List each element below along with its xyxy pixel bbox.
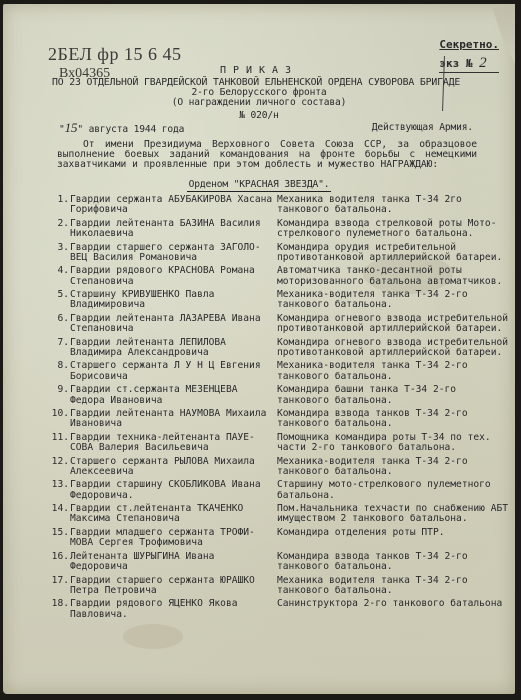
recipient-role: Командира башни танка Т-34 2-го танковог…: [276, 385, 513, 406]
recipient-row: 5.Старшину КРИВУШЕНКО Павла Владимирович…: [51, 290, 516, 311]
recipient-role: Механика водителя танка Т-34 2-го танков…: [276, 576, 513, 597]
order-preamble: От имени Президиума Верховного Совета Со…: [57, 140, 477, 171]
document-page: 2БЕЛ фр 15 6 45 Вх04365 Секретно. экз № …: [3, 4, 515, 694]
recipient-name: Гвардии старшего сержанта ЮРАШКО Петра П…: [70, 576, 276, 597]
recipient-number: 1.: [51, 195, 70, 216]
recipient-name: Гвардии лейтенанта ЛЕПИЛОВА Владимира Ал…: [70, 338, 276, 359]
order-subject: (О награждении личного состава): [3, 98, 515, 109]
recipient-row: 3.Гвардии старшего сержанта ЗАГОЛО-ВЕЦ В…: [51, 243, 516, 264]
classification-label: Секретно.: [439, 38, 499, 51]
recipient-row: 13.Гвардии старшину СКОБЛИКОВА Ивана Фед…: [51, 480, 516, 501]
recipient-number: 11.: [51, 433, 70, 454]
recipient-role: Командира отделения роты ПТР.: [276, 528, 513, 549]
recipient-row: 8.Старшего сержанта Л У Н Ц Евгения Бори…: [51, 361, 516, 382]
recipient-role: Механика-водителя танка Т-34 2-го танков…: [276, 457, 513, 478]
recipient-number: 5.: [51, 290, 70, 311]
recipient-name: Гвардии младшего сержанта ТРОФИ-МОВА Сер…: [70, 528, 276, 549]
recipient-role: Автоматчика танко-десантной роты моториз…: [276, 266, 513, 287]
order-title: ПРИКАЗ: [3, 66, 515, 77]
recipient-number: 2.: [51, 219, 70, 240]
recipient-role: Командира огневого взвода истребительной…: [276, 338, 513, 359]
recipients-list: 1.Гвардии сержанта АБУБАКИРОВА Хасана Го…: [51, 195, 516, 623]
recipient-row: 16.Лейтенанта ШУРЫГИНА Ивана ФедоровичаК…: [51, 552, 516, 573]
recipient-role: Пом.Начальника техчасти по снабжению АБТ…: [276, 504, 513, 525]
recipient-number: 10.: [51, 409, 70, 430]
recipient-row: 14.Гвардии ст.лейтенанта ТКАЧЕНКО Максим…: [51, 504, 516, 525]
order-date: "15" августа 1944 года: [59, 123, 184, 136]
recipient-role: Механика-водителя танка Т-34 2-го танков…: [276, 290, 513, 311]
recipient-row: 9.Гвардии ст.сержанта МЕЗЕНЦЕВА Федора И…: [51, 385, 516, 406]
recipient-name: Лейтенанта ШУРЫГИНА Ивана Федоровича: [70, 552, 276, 573]
recipient-name: Старшего сержанта РЫЛОВА Михаила Алексее…: [70, 457, 276, 478]
order-date-rest: августа 1944 года: [89, 124, 185, 135]
recipient-number: 6.: [51, 314, 70, 335]
recipient-number: 13.: [51, 480, 70, 501]
recipient-number: 15.: [51, 528, 70, 549]
recipient-name: Гвардии ст.лейтенанта ТКАЧЕНКО Максима С…: [70, 504, 276, 525]
recipient-role: Механика-водителя танка Т-34 2-го танков…: [276, 361, 513, 382]
recipient-row: 2.Гвардии лейтенанта БАЗИНА Василия Нико…: [51, 219, 516, 240]
recipient-role: Помощника командира роты Т-34 по тех. ча…: [276, 433, 513, 454]
recipient-name: Гвардии рядового ЯЦЕНКО Якова Павловича.: [70, 599, 276, 620]
recipient-name: Гвардии рядового КРАСНОВА Романа Степано…: [70, 266, 276, 287]
recipient-number: 12.: [51, 457, 70, 478]
recipient-row: 6.Гвардии лейтенанта ЛАЗАРЕВА Ивана Степ…: [51, 314, 516, 335]
recipient-row: 15.Гвардии младшего сержанта ТРОФИ-МОВА …: [51, 528, 516, 549]
recipient-number: 8.: [51, 361, 70, 382]
recipient-role: Старшину мото-стрелкового пулеметного ба…: [276, 480, 513, 501]
recipient-name: Гвардии сержанта АБУБАКИРОВА Хасана Гори…: [70, 195, 276, 216]
recipient-role: Командира взвода танков Т-34 2-го танков…: [276, 409, 513, 430]
paper-stain: [123, 624, 183, 649]
recipient-row: 7.Гвардии лейтенанта ЛЕПИЛОВА Владимира …: [51, 338, 516, 359]
recipient-number: 4.: [51, 266, 70, 287]
recipient-role: Командира огневого взвода истребительной…: [276, 314, 513, 335]
recipient-row: 12.Старшего сержанта РЫЛОВА Михаила Алек…: [51, 457, 516, 478]
recipient-name: Гвардии лейтенанта НАУМОВА Михаила Ивано…: [70, 409, 276, 430]
recipient-role: Командира взвода стрелковой роты Мото-ст…: [276, 219, 513, 240]
recipient-role: Командира орудия истребительной противот…: [276, 243, 513, 264]
archive-stamp-line1: 2БЕЛ фр 15 6 45: [48, 44, 181, 65]
recipient-name: Гвардии старшину СКОБЛИКОВА Ивана Федоро…: [70, 480, 276, 501]
recipient-row: 10.Гвардии лейтенанта НАУМОВА Михаила Ив…: [51, 409, 516, 430]
recipient-number: 3.: [51, 243, 70, 264]
order-location: Действующая Армия.: [372, 123, 473, 134]
recipient-row: 11.Гвардии техника-лейтенанта ПАУЕ-СОВА …: [51, 433, 516, 454]
recipient-name: Гвардии старшего сержанта ЗАГОЛО-ВЕЦ Вас…: [70, 243, 276, 264]
recipient-number: 14.: [51, 504, 70, 525]
recipient-name: Гвардии техника-лейтенанта ПАУЕ-СОВА Вал…: [70, 433, 276, 454]
recipient-row: 17.Гвардии старшего сержанта ЮРАШКО Петр…: [51, 576, 516, 597]
recipient-role: Командира взвода танков Т-34 2-го танков…: [276, 552, 513, 573]
recipient-number: 7.: [51, 338, 70, 359]
recipient-number: 17.: [51, 576, 70, 597]
recipient-name: Гвардии ст.сержанта МЕЗЕНЦЕВА Федора Ива…: [70, 385, 276, 406]
recipient-row: 18.Гвардии рядового ЯЦЕНКО Якова Павлови…: [51, 599, 516, 620]
recipient-row: 1.Гвардии сержанта АБУБАКИРОВА Хасана Го…: [51, 195, 516, 216]
recipient-number: 18.: [51, 599, 70, 620]
recipient-name: Гвардии лейтенанта ЛАЗАРЕВА Ивана Степан…: [70, 314, 276, 335]
order-date-day: 15: [65, 120, 78, 135]
award-name: Орденом "КРАСНАЯ ЗВЕЗДА".: [187, 179, 332, 192]
order-number: № 020/н: [3, 111, 515, 122]
recipient-number: 16.: [51, 552, 70, 573]
recipient-number: 9.: [51, 385, 70, 406]
recipient-name: Гвардии лейтенанта БАЗИНА Василия Никола…: [70, 219, 276, 240]
recipient-row: 4.Гвардии рядового КРАСНОВА Романа Степа…: [51, 266, 516, 287]
recipient-role: Механика водителя танка Т-34 2го танково…: [276, 195, 513, 216]
recipient-name: Старшего сержанта Л У Н Ц Евгения Борисо…: [70, 361, 276, 382]
recipient-name: Старшину КРИВУШЕНКО Павла Владимировича: [70, 290, 276, 311]
recipient-role: Санинструктора 2-го танкового батальона: [276, 599, 513, 620]
award-heading: Орденом "КРАСНАЯ ЗВЕЗДА".: [3, 180, 515, 191]
